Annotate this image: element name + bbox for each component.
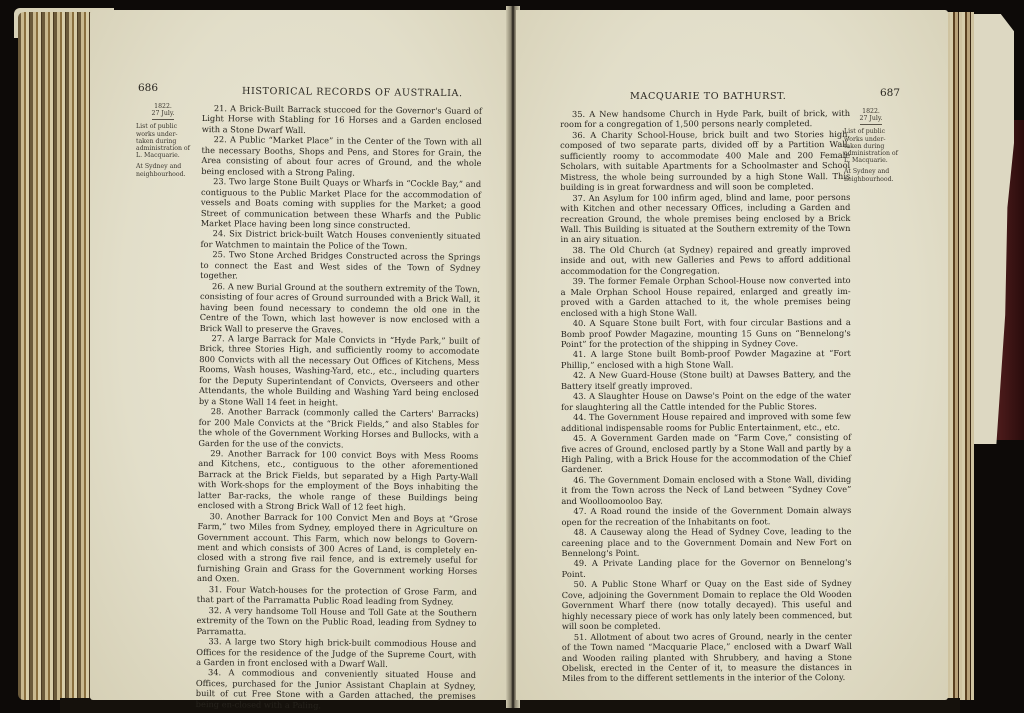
paragraph-34: 34. A commodious and conveniently situat… [196, 667, 476, 712]
paragraph-45: 45. A Government Garden made on “Farm Co… [561, 432, 851, 475]
paragraph-22: 22. A Public “Market Place” in the Cente… [201, 134, 481, 179]
paragraph-43: 43. A Slaughter House on Dawse's Point o… [561, 390, 851, 412]
paragraph-40: 40. A Square Stone built Fort, with four… [561, 317, 851, 349]
paragraph-32: 32. A very handsome Toll House and Toll … [196, 605, 476, 639]
paragraph-24: 24. Six District brick-built Watch House… [200, 228, 480, 252]
paragraph-21: 21. A Brick-Built Barrack stuccoed for t… [202, 103, 482, 137]
left-page-stack-edges [18, 12, 98, 700]
margin-subject: List of public works under-taken during … [136, 123, 190, 159]
paragraph-48: 48. A Causeway along the Head of Sydney … [561, 526, 851, 558]
left-page-body: 21. A Brick-Built Barrack stuccoed for t… [196, 103, 482, 712]
paragraph-42: 42. A New Guard-House (Stone built) at D… [561, 369, 851, 391]
margin-year: 1822. [844, 108, 898, 115]
paragraph-28: 28. Another Barrack (commonly called the… [198, 406, 478, 451]
paragraph-36: 36. A Charity School-House, brick built … [560, 129, 850, 193]
paragraph-44: 44. The Government House repaired and im… [561, 411, 851, 433]
right-page-body: 35. A New handsome Church in Hyde Park, … [560, 108, 852, 684]
paragraph-46: 46. The Government Domain enclosed with … [561, 474, 851, 506]
left-page-number: 686 [138, 82, 158, 94]
paragraph-38: 38. The Old Church (at Sydney) repaired … [560, 244, 850, 276]
margin-year: 1822. [136, 103, 190, 110]
paragraph-39: 39. The former Female Orphan School-Hous… [561, 275, 851, 318]
paragraph-35: 35. A New handsome Church in Hyde Park, … [560, 108, 850, 130]
left-margin-note: 1822. 27 July. List of public works unde… [136, 103, 190, 178]
margin-date: 27 July. [844, 115, 898, 122]
paragraph-47: 47. A Road round the inside of the Gover… [561, 505, 851, 527]
right-running-head: MACQUARIE TO BATHURST. [630, 91, 786, 102]
paragraph-51: 51. Allotment of about two acres of Grou… [562, 631, 852, 684]
paragraph-31: 31. Four Watch-houses for the protection… [197, 584, 477, 608]
right-margin-note: 1822. 27 July. List of public works unde… [844, 108, 898, 183]
paragraph-50: 50. A Public Stone Wharf or Quay on the … [562, 578, 852, 631]
paragraph-41: 41. A large Stone built Bomb-proof Powde… [561, 348, 851, 370]
right-page-number: 687 [880, 87, 900, 99]
margin-rule [860, 124, 882, 125]
paragraph-37: 37. An Asylum for 100 infirm aged, blind… [560, 192, 850, 245]
paragraph-25: 25. Two Stone Arched Bridges Constructed… [200, 249, 480, 283]
paragraph-27: 27. A large Barrack for Male Convicts in… [199, 333, 480, 409]
margin-location: At Sydney and neighbourhood. [136, 163, 186, 177]
paragraph-49: 49. A Private Landing place for the Gove… [562, 557, 852, 579]
paragraph-33: 33. A large two Story high brick-built c… [196, 636, 476, 670]
paragraph-30: 30. Another Barrack for 100 Convict Men … [197, 511, 478, 587]
margin-subject: List of public works under-taken during … [844, 128, 898, 164]
paragraph-23: 23. Two large Stone Built Quays or Wharf… [201, 176, 482, 231]
margin-rule [152, 119, 174, 120]
left-running-head: HISTORICAL RECORDS OF AUSTRALIA. [242, 86, 463, 99]
paragraph-26: 26. A new Burial Ground at the southern … [200, 281, 481, 336]
margin-location: At Sydney and neighbourhood. [844, 168, 894, 182]
margin-date: 27 July. [136, 110, 190, 117]
paragraph-29: 29. Another Barrack for 100 convict Boys… [198, 448, 479, 514]
